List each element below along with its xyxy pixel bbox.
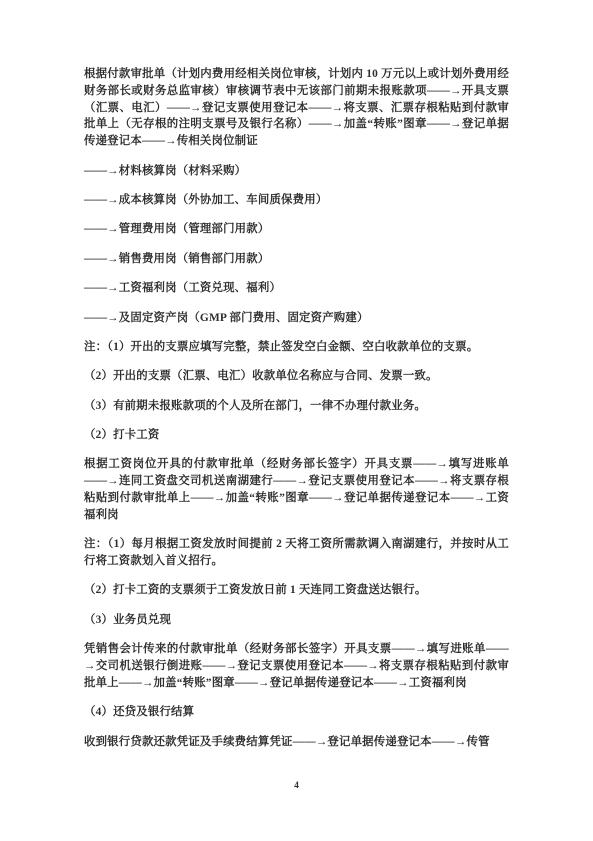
- paragraph-heading-card-salary: （2）打卡工资: [84, 427, 509, 444]
- document-page: 根据付款审批单（计划内费用经相关岗位审核，计划内 10 万元以上或计划外费用经财…: [0, 0, 593, 841]
- paragraph-fixed-assets-post: ——→及固定资产岗（GMP 部门费用、固定资产购建）: [84, 310, 509, 327]
- paragraph-note-1-check-complete: 注：（1）开出的支票应填写完整，禁止签发空白金额、空白收款单位的支票。: [84, 339, 509, 356]
- paragraph-card-salary-flow: 根据工资岗位开具的付款审批单（经财务部长签字）开具支票——→填写进账单——→连同…: [84, 456, 509, 523]
- paragraph-note-3-unreported-items: （3）有前期未报账款项的个人及所在部门，一律不办理付款业务。: [84, 398, 509, 415]
- document-body: 根据付款审批单（计划内费用经相关岗位审核，计划内 10 万元以上或计划外费用经财…: [84, 66, 509, 763]
- paragraph-salary-note-1: 注：（1）每月根据工资发放时间提前 2 天将工资所需款调入南湖建行，并按时从工行…: [84, 536, 509, 570]
- paragraph-heading-salesman-cash: （3）业务员兑现: [84, 612, 509, 629]
- paragraph-payroll-welfare-post: ——→工资福利岗（工资兑现、福利）: [84, 280, 509, 297]
- paragraph-payment-approval-flow: 根据付款审批单（计划内费用经相关岗位审核，计划内 10 万元以上或计划外费用经财…: [84, 66, 509, 150]
- paragraph-material-accounting-post: ——→材料核算岗（材料采购）: [84, 163, 509, 180]
- paragraph-heading-loan-settlement: （4）还贷及银行结算: [84, 704, 509, 721]
- paragraph-sales-expense-post: ——→销售费用岗（销售部门用款）: [84, 251, 509, 268]
- paragraph-note-2-payee-name: （2）开出的支票（汇票、电汇）收款单位名称应与合同、发票一致。: [84, 368, 509, 385]
- paragraph-salary-note-2: （2）打卡工资的支票须于工资发放日前 1 天连同工资盘送达银行。: [84, 582, 509, 599]
- page-number: 4: [0, 780, 593, 792]
- paragraph-admin-expense-post: ——→管理费用岗（管理部门用款）: [84, 221, 509, 238]
- paragraph-salesman-cash-flow: 凭销售会计传来的付款审批单（经财务部长签字）开具支票——→填写进账单——→交司机…: [84, 641, 509, 691]
- paragraph-cost-accounting-post: ——→成本核算岗（外协加工、车间质保费用）: [84, 192, 509, 209]
- paragraph-loan-settlement-flow: 收到银行贷款还款凭证及手续费结算凭证——→登记单据传递登记本——→传管: [84, 734, 509, 751]
